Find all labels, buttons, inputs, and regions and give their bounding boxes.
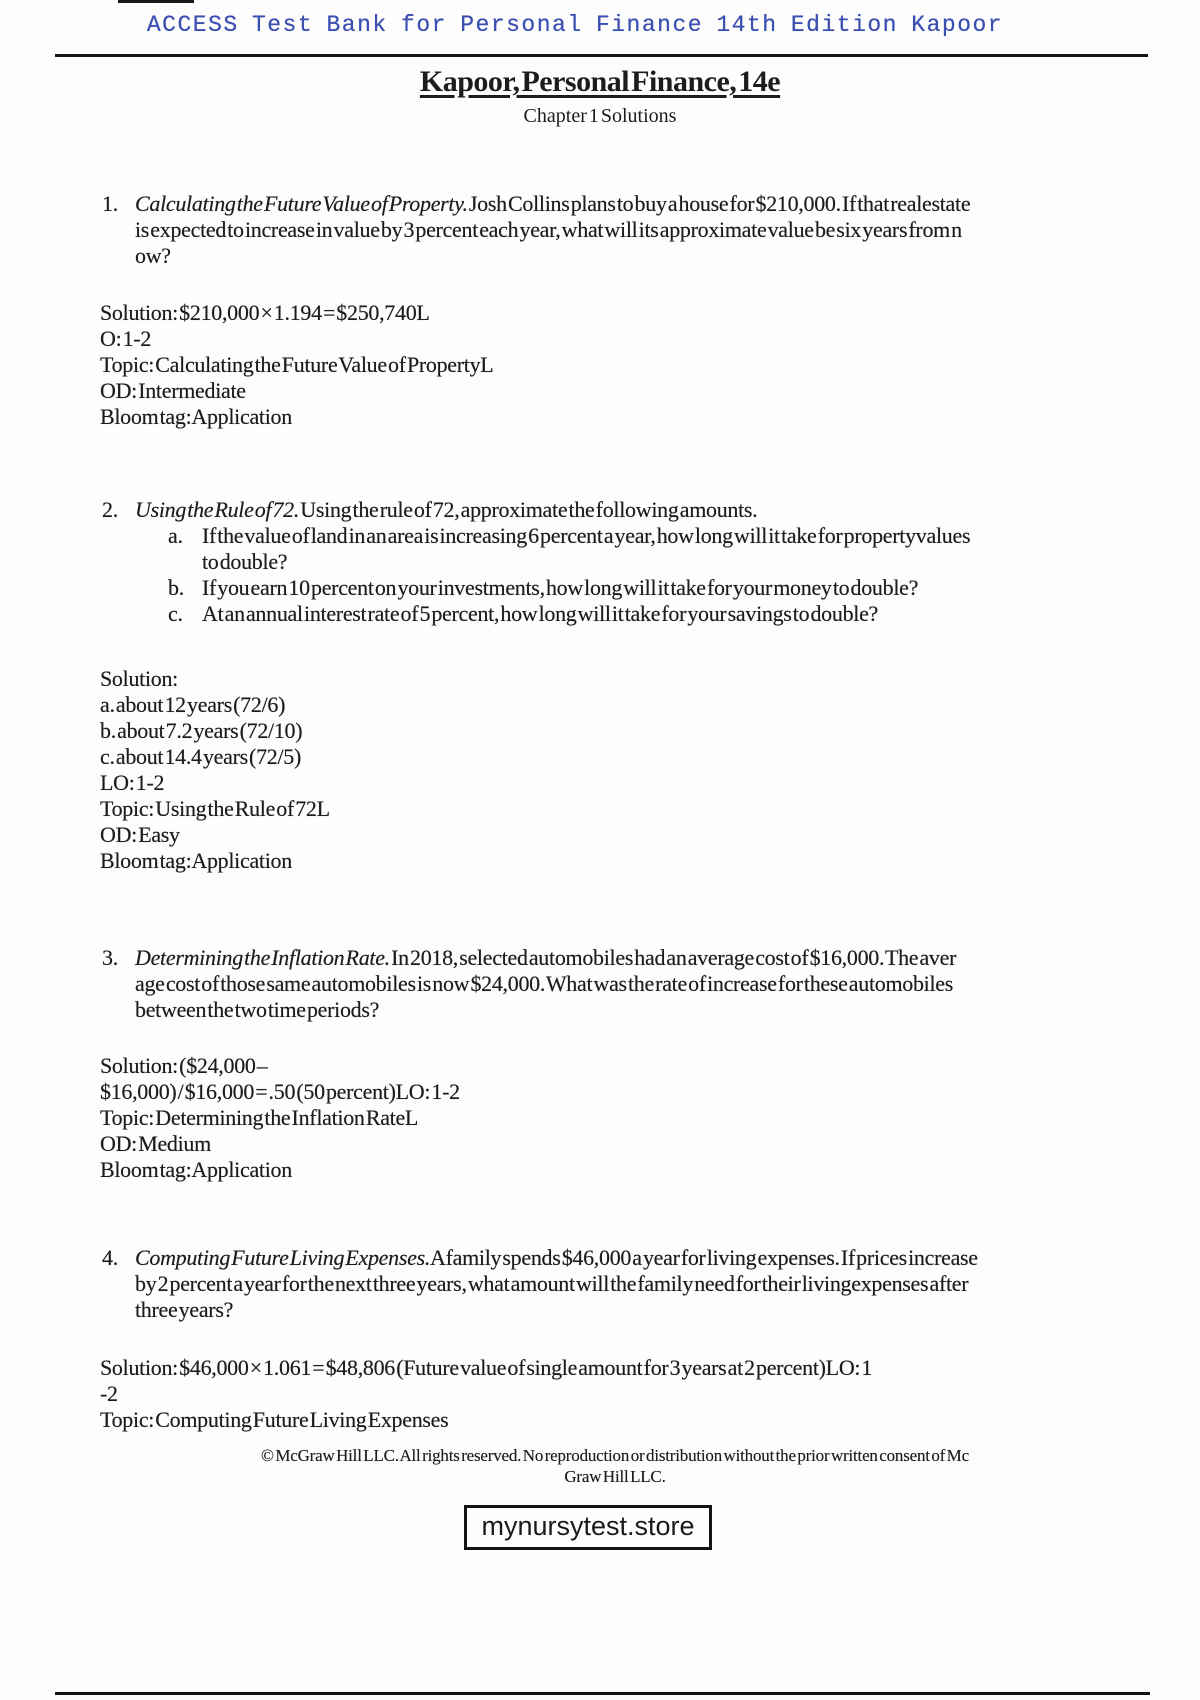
watermark-box[interactable]: mynursytest.store: [464, 1505, 711, 1550]
doc-subtitle: Chapter 1 Solutions: [0, 104, 1200, 128]
solution-line: Solution: $210,000 × 1.194 = $250,740L: [100, 300, 1160, 326]
document-page: ACCESS Test Bank for Personal Finance 14…: [0, 0, 1200, 1700]
subitem-text-line: At an annual interest rate of 5 percent,…: [202, 601, 1160, 627]
scan-artifact: [118, 0, 194, 3]
solution-line: O: 1-2: [100, 326, 1160, 352]
question-text-line: Using the Rule of 72. Using the rule of …: [135, 497, 1160, 523]
subitem-text-line: If you earn 10 percent on your investmen…: [202, 575, 1160, 601]
subitem-letter: a.: [168, 523, 183, 549]
subitem-letter: b.: [168, 575, 184, 601]
solution-line: OD: Medium: [100, 1131, 1160, 1157]
question-subitem-b: b.If you earn 10 percent on your investm…: [135, 575, 1160, 601]
question-text-line: is expected to increase in value by 3 pe…: [135, 217, 1160, 243]
solution-line: c. about 14.4 years (72/5): [100, 744, 1160, 770]
subitem-text-line: If the value of land in an area is incre…: [202, 523, 1160, 549]
question-item-2: 2.Using the Rule of 72. Using the rule o…: [102, 497, 1160, 627]
watermark-wrapper: mynursytest.store: [0, 1505, 1188, 1550]
solution-line: LO: 1-2: [100, 770, 1160, 796]
question-text: Josh Collins plans to buy a house for $2…: [468, 191, 971, 216]
question-item-3: 3.Determining the Inflation Rate. In 201…: [102, 945, 1160, 1023]
question-title-italic: Calculating the Future Value of Property…: [135, 191, 468, 216]
question-number: 4.: [102, 1245, 118, 1271]
solution-line: OD: Intermediate: [100, 378, 1160, 404]
question-subitem-c: c.At an annual interest rate of 5 percen…: [135, 601, 1160, 627]
solution-line: -2: [100, 1381, 1160, 1407]
copyright-line: Graw Hill LLC.: [30, 1466, 1200, 1487]
solution-line: Bloom tag: Application: [100, 848, 1160, 874]
question-text: A family spends $46,000 a year for livin…: [430, 1245, 978, 1270]
bottom-rule: [55, 1692, 1150, 1695]
question-subitem-a: a.If the value of land in an area is inc…: [135, 523, 1160, 575]
question-item-4: 4.Computing Future Living Expenses. A fa…: [102, 1245, 1160, 1323]
doc-title: Kapoor, Personal Finance, 14e: [0, 65, 1200, 99]
solutions-content: 1.Calculating the Future Value of Proper…: [0, 191, 1200, 1433]
solution-line: $16,000) / $16,000 = .50 (50 percent)LO:…: [100, 1079, 1160, 1105]
question-text-line: age cost of those same automobiles is no…: [135, 971, 1160, 997]
question-text-line: ow?: [135, 243, 1160, 269]
question-text: In 2018, selected automobiles had an ave…: [390, 945, 956, 970]
question-number: 3.: [102, 945, 118, 971]
question-text-line: Computing Future Living Expenses. A fami…: [135, 1245, 1160, 1271]
copyright-line: © McGraw Hill LLC. All rights reserved. …: [30, 1445, 1200, 1466]
header-rule: [55, 54, 1148, 57]
question-text-line: Determining the Inflation Rate. In 2018,…: [135, 945, 1160, 971]
question-text-line: by 2 percent a year for the next three y…: [135, 1271, 1160, 1297]
page-header: ACCESS Test Bank for Personal Finance 14…: [0, 0, 1200, 38]
question-text-line: three years?: [135, 1297, 1160, 1323]
solution-block: Solution:a. about 12 years (72/6)b. abou…: [100, 666, 1160, 874]
subitem-letter: c.: [168, 601, 183, 627]
question-text: Using the rule of 72, approximate the fo…: [299, 497, 757, 522]
question-number: 2.: [102, 497, 118, 523]
solution-line: Bloom tag: Application: [100, 404, 1160, 430]
question-title-italic: Determining the Inflation Rate.: [135, 945, 390, 970]
subitem-text-line: to double?: [202, 549, 1160, 575]
solution-line: b. about 7.2 years (72/10): [100, 718, 1160, 744]
solution-line: Topic: Using the Rule of 72L: [100, 796, 1160, 822]
solution-line: a. about 12 years (72/6): [100, 692, 1160, 718]
solution-line: Bloom tag: Application: [100, 1157, 1160, 1183]
solution-line: Topic: Determining the Inflation RateL: [100, 1105, 1160, 1131]
question-text-line: Calculating the Future Value of Property…: [135, 191, 1160, 217]
solution-line: Solution: $46,000 × 1.061 = $48,806 (Fut…: [100, 1355, 1160, 1381]
solution-line: OD: Easy: [100, 822, 1160, 848]
solution-block: Solution: ($24,000 –$16,000) / $16,000 =…: [100, 1053, 1160, 1183]
solution-line: Solution:: [100, 666, 1160, 692]
solution-line: Topic: Computing Future Living Expenses: [100, 1407, 1160, 1433]
question-title-italic: Computing Future Living Expenses.: [135, 1245, 430, 1270]
question-number: 1.: [102, 191, 118, 217]
solution-block: Solution: $210,000 × 1.194 = $250,740LO:…: [100, 300, 1160, 430]
solution-line: Solution: ($24,000 –: [100, 1053, 1160, 1079]
copyright-note: © McGraw Hill LLC. All rights reserved. …: [0, 1445, 1200, 1487]
question-text-line: between the two time periods?: [135, 997, 1160, 1023]
question-item-1: 1.Calculating the Future Value of Proper…: [102, 191, 1160, 269]
solution-block: Solution: $46,000 × 1.061 = $48,806 (Fut…: [100, 1355, 1160, 1433]
solution-line: Topic: Calculating the Future Value of P…: [100, 352, 1160, 378]
question-title-italic: Using the Rule of 72.: [135, 497, 299, 522]
